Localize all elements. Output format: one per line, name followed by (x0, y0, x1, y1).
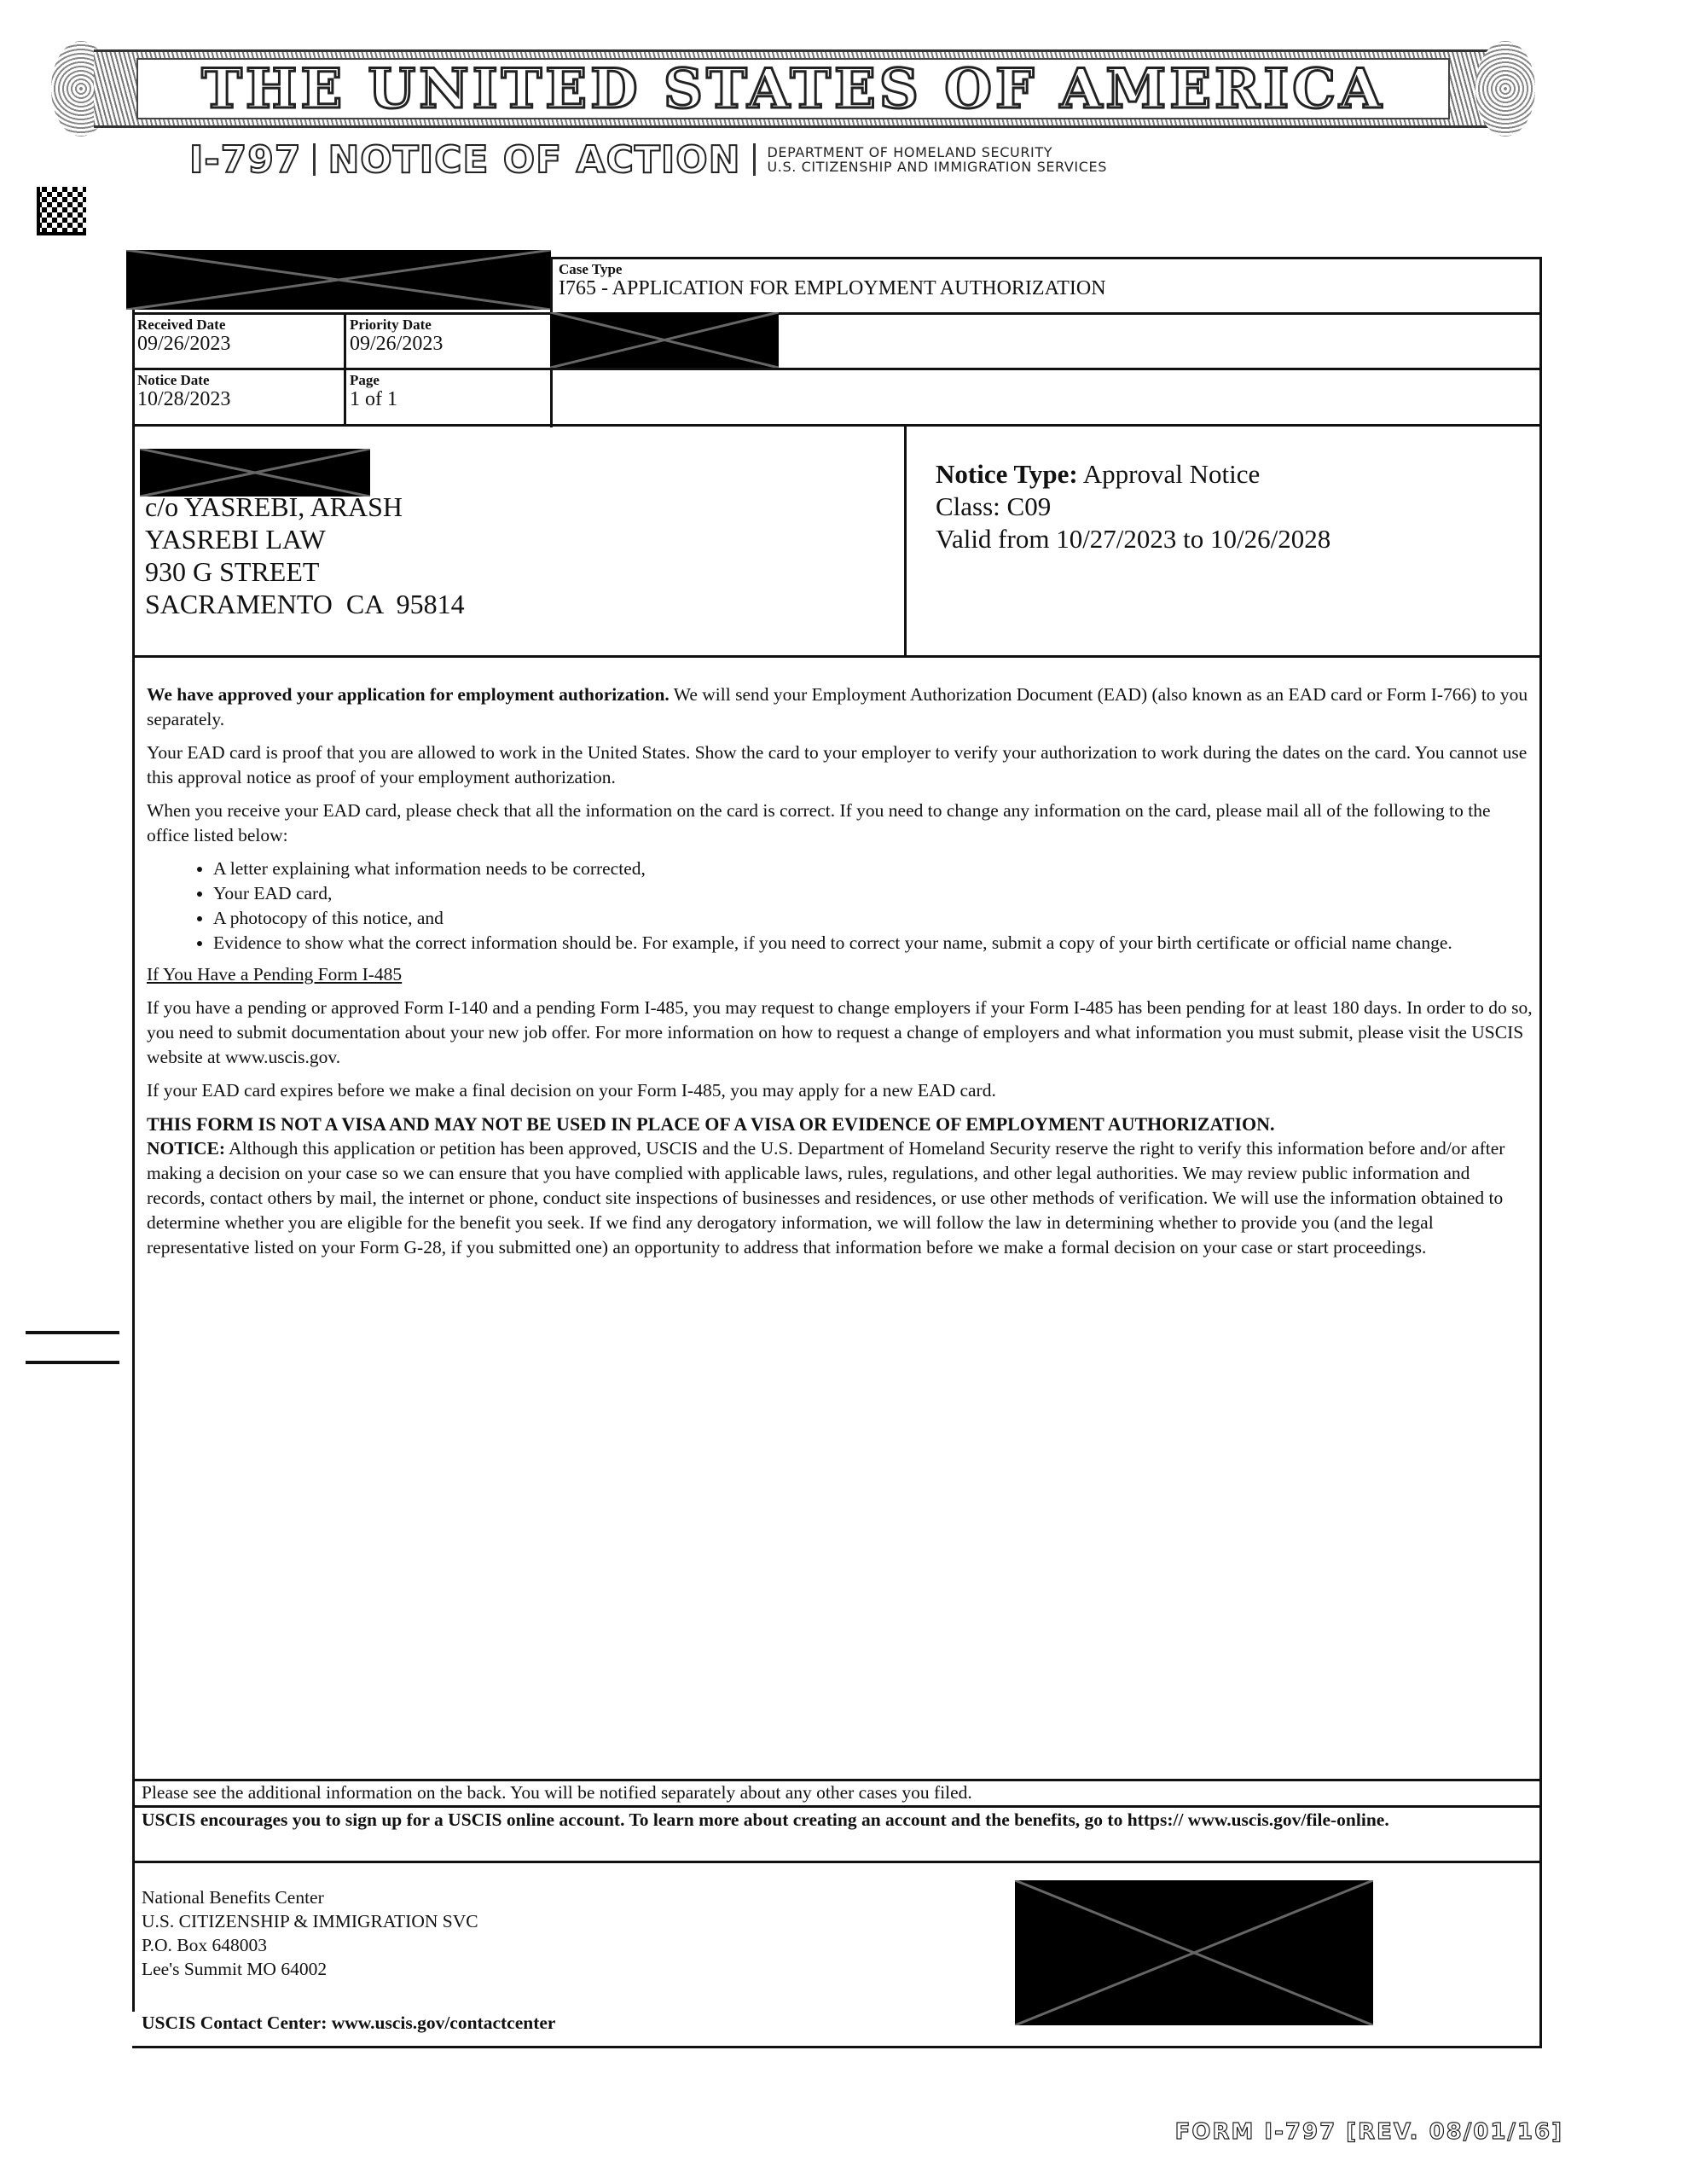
list-item: A letter explaining what information nee… (213, 857, 1533, 881)
validity-line: Valid from 10/27/2023 to 10/26/2028 (936, 523, 1330, 555)
verification-notice: NOTICE: Although this application or pet… (147, 1136, 1533, 1260)
case-type-field: Case Type I765 - APPLICATION FOR EMPLOYM… (559, 262, 1106, 299)
ead-expiry-paragraph: If your EAD card expires before we make … (147, 1078, 1533, 1103)
case-type-label: Case Type (559, 262, 1106, 277)
correction-paragraph: When you receive your EAD card, please c… (147, 799, 1533, 848)
ead-proof-paragraph: Your EAD card is proof that you are allo… (147, 741, 1533, 790)
redacted-field (550, 312, 779, 368)
received-date-label: Received Date (137, 317, 230, 333)
agency-line-2: U.S. CITIZENSHIP AND IMMIGRATION SERVICE… (768, 160, 1107, 174)
priority-date-label: Priority Date (350, 317, 443, 333)
list-item: Your EAD card, (213, 881, 1533, 906)
online-account-note: USCIS encourages you to sign up for a US… (142, 1808, 1446, 1832)
received-date-field: Received Date 09/26/2023 (137, 317, 230, 355)
approval-paragraph: We have approved your application for em… (147, 682, 1533, 732)
address-line: YASREBI LAW (145, 523, 465, 555)
margin-mark (26, 1361, 119, 1364)
header-divider (313, 143, 316, 176)
priority-date-value: 09/26/2023 (350, 333, 443, 355)
form-number: I-797 (189, 138, 301, 182)
notice-body: We have approved your application for em… (147, 682, 1533, 1269)
seal-banner: THE UNITED STATES OF AMERICA (51, 41, 1535, 136)
received-date-value: 09/26/2023 (137, 333, 230, 355)
address-line: SACRAMENTO CA 95814 (145, 588, 465, 620)
notice-date-value: 10/28/2023 (137, 388, 230, 410)
office-line: Lee's Summit MO 64002 (142, 1957, 478, 1981)
address-line: c/o YASREBI, ARASH (145, 491, 465, 523)
address-line: 930 G STREET (145, 555, 465, 588)
priority-date-field: Priority Date 09/26/2023 (350, 317, 443, 355)
page-label: Page (350, 373, 397, 388)
contact-center-link[interactable]: USCIS Contact Center: www.uscis.gov/cont… (142, 2011, 555, 2035)
form-header: I-797 NOTICE OF ACTION DEPARTMENT OF HOM… (189, 138, 1107, 181)
redacted-receipt-number (126, 250, 551, 310)
notice-summary: Notice Type: Approval Notice Class: C09 … (936, 458, 1330, 555)
list-item: A photocopy of this notice, and (213, 906, 1533, 931)
case-type-value: I765 - APPLICATION FOR EMPLOYMENT AUTHOR… (559, 277, 1106, 299)
notice-text: Although this application or petition ha… (147, 1138, 1504, 1258)
agency-name: DEPARTMENT OF HOMELAND SECURITY U.S. CIT… (768, 145, 1107, 174)
header-divider (753, 143, 756, 176)
back-info-note: Please see the additional information on… (142, 1780, 1532, 1804)
office-line: U.S. CITIZENSHIP & IMMIGRATION SVC (142, 1909, 478, 1933)
notice-date-label: Notice Date (137, 373, 230, 388)
redacted-signature-block (1015, 1880, 1373, 2025)
page-field: Page 1 of 1 (350, 373, 397, 410)
form-revision: FORM I-797 [REV. 08/01/16] (1175, 2119, 1563, 2145)
datamatrix-barcode-icon (37, 187, 86, 235)
office-address: National Benefits Center U.S. CITIZENSHI… (142, 1885, 478, 1981)
notice-type-value: Approval Notice (1083, 459, 1260, 489)
page-value: 1 of 1 (350, 388, 397, 410)
class-line: Class: C09 (936, 491, 1330, 523)
list-item: Evidence to show what the correct inform… (213, 931, 1533, 955)
i485-paragraph: If you have a pending or approved Form I… (147, 996, 1533, 1070)
agency-line-1: DEPARTMENT OF HOMELAND SECURITY (768, 145, 1107, 160)
visa-warning: THIS FORM IS NOT A VISA AND MAY NOT BE U… (147, 1112, 1533, 1136)
redacted-recipient-name (140, 449, 370, 497)
recipient-address: c/o YASREBI, ARASH YASREBI LAW 930 G STR… (145, 491, 465, 620)
banner-ornament-right (1475, 41, 1535, 136)
correction-list: A letter explaining what information nee… (147, 857, 1533, 955)
form-title: NOTICE OF ACTION (328, 138, 740, 182)
notice-label: NOTICE: (147, 1138, 225, 1159)
margin-mark (26, 1331, 119, 1334)
approval-lead: We have approved your application for em… (147, 684, 670, 705)
section-heading-i485: If You Have a Pending Form I-485 (147, 962, 1533, 987)
office-line: P.O. Box 648003 (142, 1933, 478, 1957)
banner-title: THE UNITED STATES OF AMERICA (136, 58, 1450, 119)
office-line: National Benefits Center (142, 1885, 478, 1909)
notice-date-field: Notice Date 10/28/2023 (137, 373, 230, 410)
notice-type-label: Notice Type: (936, 459, 1078, 489)
